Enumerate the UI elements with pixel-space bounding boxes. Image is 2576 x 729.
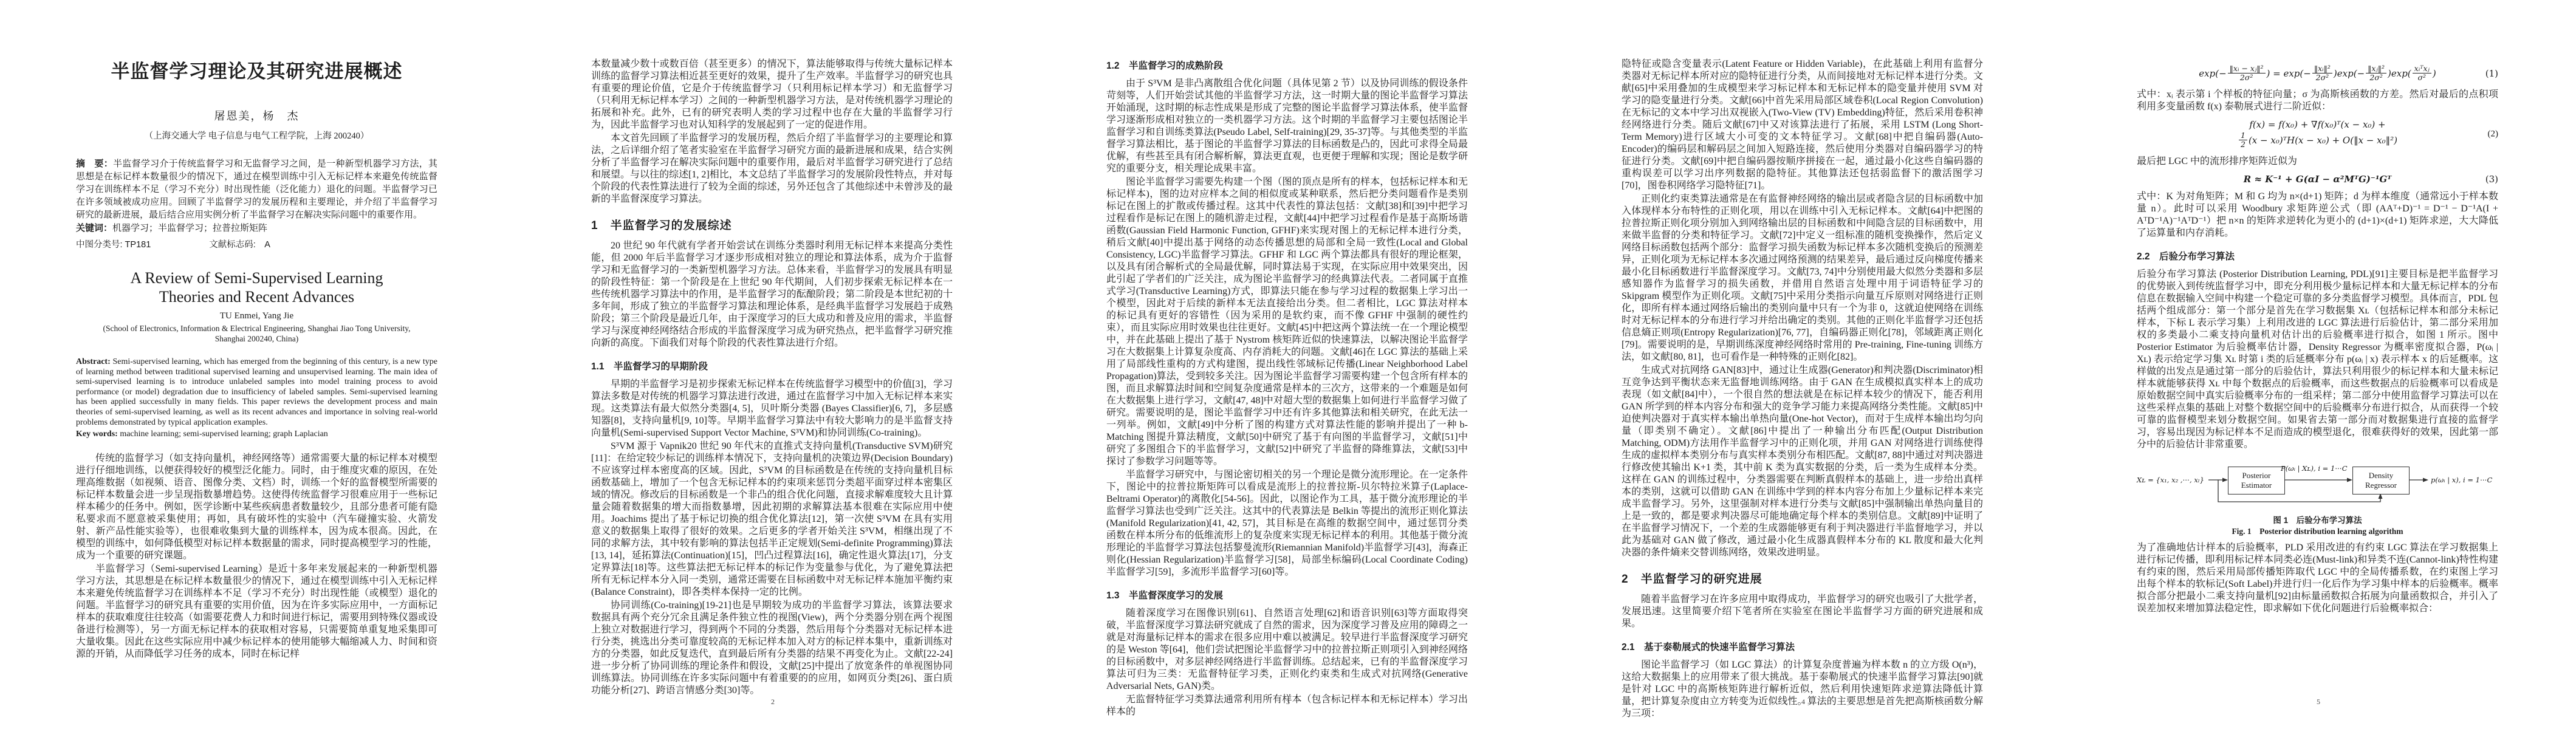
page-2-column: 本数量减少数十或数百倍（甚至更多）的情况下，算法能够取得与传统大量标记样本训练的… [591,58,953,698]
authors-cn: 屠恩美，杨 杰 [76,108,437,123]
keywords-en-label: Key words: [76,430,118,439]
eq2-denominator: 2 [2239,140,2247,149]
section2-intro-paragraph: 随着半监督学习在许多应用中取得成功，半监督学习的研究也吸引了大批学者，发展迅速。… [1622,594,1983,630]
equation-2: f(x) = f(x₀) + ∇f(x₀)ᵀ(x − x₀) + 12 (x −… [2137,119,2498,149]
manifold-paragraph: 半监督学习研究中，与图论密切相关的另一个理论是微分流形理论。在一定条件下，图论中… [1106,469,1468,578]
authors-en: TU Enmei, Yang Jie [76,311,437,321]
eq2-numerator: 1 [2239,131,2247,140]
intro-paragraph-2: 半监督学习（Semi-supervised Learning）是近十多年来发展起… [76,563,437,660]
abstract-en-label: Abstract: [76,357,111,366]
density-regressor-box: Density Regressor [2352,467,2410,495]
page-5: exp(− ‖xᵢ − xⱼ‖²2σ² ) = exp(− ‖xᵢ‖²2σ² )… [2061,0,2576,729]
abstract-en-text: Semi-supervised learning, which has emer… [76,357,437,427]
figure-1-caption-cn: 图 1 后验分布学习算法 [2137,515,2498,526]
section-heading-1-1: 1.1 半监督学习的早期阶段 [591,359,953,372]
affiliation-en-line1: (School of Electronics, Information & El… [76,323,437,334]
section1-paragraph: 20 世纪 90 年代就有学者开始尝试在训练分类器时利用无标记样本来提高分类性能… [591,240,953,349]
s3vm-paragraph: S³VM 源于 Vapnik20 世纪 90 年代末的直推式支持向量机(Tran… [591,440,953,598]
posterior-estimator-box: Posterior Estimator [2228,467,2285,495]
figure-input-label: Xʟ = {x₁, x₂ ,⋯, xₗ} [2137,476,2204,484]
equation-3-number: (3) [2485,174,2498,185]
eq1-denominator-1: 2σ² [2238,74,2255,82]
figure-output-label: p(ωᵢ | x), i = 1⋯C [2431,476,2492,484]
eq1-numerator-4: xᵢᵀxⱼ [2413,64,2431,74]
eq3-body: R ≈ K⁻¹ + G(αI − α²MᵀG)⁻¹Gᵀ [2244,174,2391,185]
eq1-fraction-1: ‖xᵢ − xⱼ‖²2σ² [2228,64,2266,83]
eq1-denominator-3: 2σ² [2368,74,2385,82]
page-2: 本数量减少数十或数百倍（甚至更多）的情况下，算法能够取得与传统大量标记样本训练的… [515,0,1030,729]
clc-number: 中图分类号: TP181 [76,238,151,250]
title-en-line2: Theories and Recent Advances [76,287,437,306]
gan-paragraph: 生成式对抗网络 GAN[83]中，通过让生成器(Generator)和判决器(D… [1622,364,1983,559]
figure-1: Xʟ = {x₁, x₂ ,⋯, xₗ} Posterior Estimator… [2137,460,2498,512]
abstract-cn-label: 摘 要： [76,159,113,169]
keywords-cn-text: 机器学习；半监督学习；拉普拉斯矩阵 [112,223,267,233]
mature-stage-paragraph: 由于 S³VM 是非凸离散组合优化问题（具体见第 2 节）以及协同训练的假设条件… [1106,78,1468,175]
keywords-en-text: machine learning; semi-supervised learni… [120,430,327,439]
page-3-column: 1.2 半监督学习的成熟阶段 由于 S³VM 是非凸离散组合优化问题（具体见第 … [1106,58,1468,719]
page-5-column: exp(− ‖xᵢ − xⱼ‖²2σ² ) = exp(− ‖xᵢ‖²2σ² )… [2137,58,2498,616]
figure-1-caption-en: Fig. 1 Posterior distribution learning a… [2137,526,2498,537]
keywords-en: Key words: machine learning; semi-superv… [76,429,437,439]
eq2-fraction: 12 [2239,131,2247,149]
page-3: 1.2 半监督学习的成熟阶段 由于 S³VM 是非凸离散组合优化问题（具体见第 … [1030,0,1546,729]
equation-3: R ≈ K⁻¹ + G(αI − α²MᵀG)⁻¹Gᵀ (3) [2137,174,2498,185]
intro-paragraph-1: 传统的监督学习（如支持向量机，神经网络等）通常需要大量的标记样本对模型进行仔细地… [76,453,437,562]
page-4: 隐特征或隐含变量表示(Latent Feature or Hidden Vari… [1546,0,2061,729]
paper-canvas: 半监督学习理论及其研究进展概述 屠恩美，杨 杰 （上海交通大学 电子信息与电气工… [0,0,2576,729]
section-heading-1: 1 半监督学习的发展综述 [591,216,953,233]
pdl-paragraph: 后验分布学习算法 (Posterior Distribution Learnin… [2137,269,2498,451]
eq1-explanation-paragraph: 式中：xᵢ 表示第 i 个样板的特征向量；σ 为高斯核函数的方差。然后对最后的点… [2137,89,2498,113]
paper-title: 半监督学习理论及其研究进展概述 [76,56,437,83]
constrained-lgc-paragraph: 为了准确地估计样本的后验概率，PLD 采用改进的有约束 LGC 算法在学习数据集… [2137,542,2498,615]
affiliation-cn: （上海交通大学 电子信息与电气工程学院，上海 200240） [76,129,437,142]
paragraph-continuation: 本数量减少数十或数百倍（甚至更多）的情况下，算法能够取得与传统大量标记样本训练的… [591,58,953,131]
abstract-cn-text: 半监督学习介于传统监督学习和无监督学习之间，是一种新型机器学习方法，其思想是在标… [76,159,437,220]
abstract-en: Abstract: Semi-supervised learning, whic… [76,357,437,428]
abstract-cn: 摘 要：半监督学习介于传统监督学习和无监督学习之间，是一种新型机器学习方法，其思… [76,157,437,221]
eq3-explanation-paragraph: 式中：K 为对角矩阵；M 和 G 均为 n×(d+1) 矩阵；d 为样本维度（通… [2137,191,2498,239]
posterior-estimator-label-line1: Posterior [2242,471,2271,481]
affiliation-en-line2: Shanghai 200240, China) [76,334,437,344]
density-regressor-label-line2: Regressor [2365,481,2397,490]
page-number-2: 2 [515,697,1030,707]
eq1-denominator-2: 2σ² [2314,74,2331,82]
section-heading-1-3: 1.3 半监督深度学习的发展 [1106,588,1468,601]
eq1-numerator-1: ‖xᵢ − xⱼ‖² [2228,64,2266,74]
title-en-line1: A Review of Semi-Supervised Learning [76,269,437,287]
overview-paragraph: 本文首先回顾了半监督学习的发展历程，然后介绍了半监督学习的主要理论和算法，之后详… [591,132,953,205]
deep-ssl-paragraph: 随着深度学习在图像识别[61]、自然语言处理[62]和语音识别[63]等方面取得… [1106,607,1468,693]
section-heading-1-2: 1.2 半监督学习的成熟阶段 [1106,58,1468,72]
eq1-term: )exp( [2388,68,2411,79]
taylor-paragraph: 图论半监督学习（如 LGC 算法）的计算复杂度普遍为样本数 n 的立方级 O(n… [1622,659,1983,720]
page-number-5: 5 [2061,697,2576,707]
affiliation-en: (School of Electronics, Information & El… [76,323,437,344]
eq1-term: exp(− [2199,68,2226,79]
classification-row: 中图分类号: TP181 文献标志码: A [76,238,437,250]
eq1-fraction-2: ‖xᵢ‖²2σ² [2312,64,2332,83]
eq1-numerator-3: ‖xⱼ‖² [2366,64,2386,74]
eq1-term: )exp(− [2334,68,2365,79]
equation-2-number: (2) [2488,129,2499,139]
density-regressor-label-line1: Density [2369,471,2393,481]
section-heading-2-1: 2.1 基于泰勒展式的快速半监督学习算法 [1622,640,1983,653]
eq1-term: ) = exp(− [2267,68,2311,79]
equation-1: exp(− ‖xᵢ − xⱼ‖²2σ² ) = exp(− ‖xᵢ‖²2σ² )… [2137,64,2498,83]
section-heading-2-2: 2.2 后验分布学习算法 [2137,249,2498,262]
latent-feature-paragraph: 隐特征或隐含变量表示(Latent Feature or Hidden Vari… [1622,58,1983,192]
eq1-fraction-3: ‖xⱼ‖²2σ² [2366,64,2386,83]
eq2-term: (x − x₀)ᵀH(x − x₀) + O(‖x − x₀‖²) [2249,135,2397,146]
graph-ssl-paragraph: 图论半监督学习需要先构建一个图（图的顶点是所有的样本，包括标记样本和无标记样本)… [1106,176,1468,468]
document-code: 文献标志码: A [209,238,270,250]
figure-mid-label: P(ωᵢ | Xʟ), i = 1⋯C [2281,464,2348,473]
section-heading-2: 2 半监督学习的研究进展 [1622,570,1983,586]
eq1-denominator-4: σ² [2416,74,2428,82]
paper-title-en: A Review of Semi-Supervised Learning The… [76,269,437,306]
eq2-line1: f(x) = f(x₀) + ∇f(x₀)ᵀ(x − x₀) + [2137,119,2498,130]
eq3-intro-line: 最后把 LGC 中的流形排序矩阵近似为 [2137,156,2498,168]
equation-1-number: (1) [2485,68,2498,79]
regularization-paragraph: 正则化约束类算法通常是在有监督神经网络的输出层或者隐含层的目标函数中加入体现样本… [1622,193,1983,363]
keywords-cn-label: 关键词： [76,223,112,233]
page-number-4: 4 [1546,697,2061,707]
eq1-numerator-2: ‖xᵢ‖² [2312,64,2332,74]
keywords-cn: 关键词：机器学习；半监督学习；拉普拉斯矩阵 [76,222,437,234]
page-1: 半监督学习理论及其研究进展概述 屠恩美，杨 杰 （上海交通大学 电子信息与电气工… [0,0,515,729]
eq2-line2: 12 (x − x₀)ᵀH(x − x₀) + O(‖x − x₀‖²) [2137,131,2498,149]
page-4-column: 隐特征或隐含变量表示(Latent Feature or Hidden Vari… [1622,58,1983,721]
page-1-column: 半监督学习理论及其研究进展概述 屠恩美，杨 杰 （上海交通大学 电子信息与电气工… [76,0,437,662]
eq1-term: ) [2433,68,2436,79]
eq1-fraction-4: xᵢᵀxⱼσ² [2413,64,2431,83]
early-stage-paragraph: 早期的半监督学习是初步探索无标记样本在传统监督学习模型中的价值[3]，学习算法多… [591,378,953,439]
posterior-estimator-label-line2: Estimator [2241,481,2272,490]
cotraining-paragraph: 协同训练(Co-training)[19-21]也是早期较为成功的半监督学习算法… [591,600,953,697]
page-number-3: 3 [1030,697,1546,707]
